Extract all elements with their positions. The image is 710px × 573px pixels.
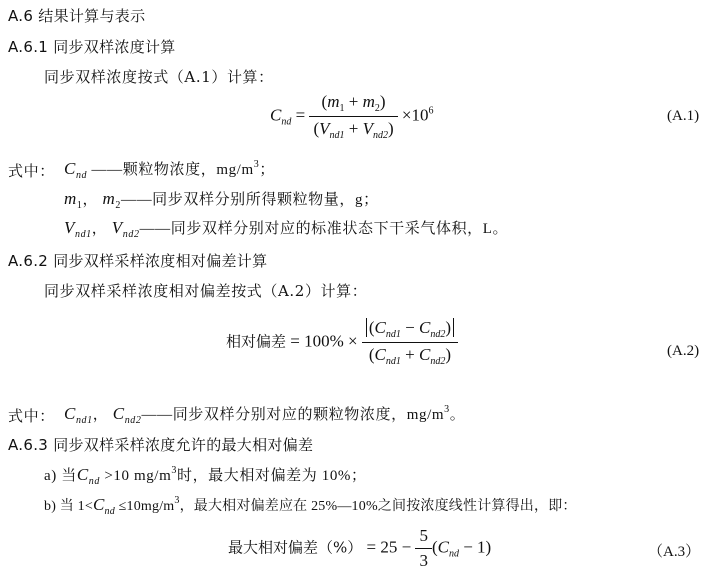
eq3-equals: = 25 − — [367, 537, 412, 556]
eq3-fraction: 5 3 — [415, 526, 432, 571]
eq1-lhs-sub: nd — [281, 116, 291, 127]
equation-a3: 最大相对偏差（%） = 25 − 5 3 (Cnd − 1) — [228, 526, 491, 571]
eq1-exponent: 6 — [429, 105, 434, 116]
equation-a2: 相对偏差 = 100% × (Cnd1 − Cnd2) (Cnd1 + Cnd2… — [226, 318, 458, 367]
a63-item-b: b) 当 1<Cnd ≤10mg/m3，最大相对偏差应在 25%—10%之间按浓… — [44, 495, 577, 517]
eq1-equals: = — [296, 105, 306, 124]
eq1-denominator: (Vnd1 + Vnd2) — [309, 116, 397, 141]
section-heading-a61: A.6.1 同步双样浓度计算 — [8, 36, 176, 57]
eq1-times: ×10 — [402, 105, 429, 124]
section-heading-a62: A.6.2 同步双样采样浓度相对偏差计算 — [8, 250, 267, 271]
eq1-numerator: (m1 + m2) — [309, 92, 397, 116]
a61-where-label: 式中： — [8, 160, 55, 181]
a62-definition-c: Cnd1， Cnd2——同步双样分别对应的颗粒物浓度，mg/m3。 — [64, 403, 465, 426]
eq1-lhs-symbol: C — [270, 105, 281, 124]
section-heading-a6: A.6 结果计算与表示 — [8, 5, 145, 26]
equation-number-a3: （A.3） — [648, 540, 700, 561]
equation-number-a1: (A.1) — [667, 108, 699, 125]
a61-definition-m: m1， m2——同步双样分别所得颗粒物量，g； — [64, 188, 379, 211]
a61-definition-v: Vnd1， Vnd2——同步双样分别对应的标准状态下干采气体积，L。 — [64, 217, 508, 240]
a61-intro-text: 同步双样浓度按式（A.1）计算： — [44, 66, 274, 87]
section-heading-a63: A.6.3 同步双样采样浓度允许的最大相对偏差 — [8, 434, 313, 455]
eq3-lhs: 最大相对偏差（%） — [228, 538, 362, 556]
a63-item-a: a) 当Cnd >10 mg/m3时，最大相对偏差为 10%； — [44, 464, 367, 487]
equation-number-a2: (A.2) — [667, 343, 699, 360]
eq2-fraction: (Cnd1 − Cnd2) (Cnd1 + Cnd2) — [362, 318, 458, 367]
eq2-numerator: (Cnd1 − Cnd2) — [362, 318, 458, 342]
eq2-equals: = 100% × — [290, 331, 357, 350]
equation-a1: Cnd = (m1 + m2) (Vnd1 + Vnd2) ×106 — [270, 92, 434, 141]
eq2-lhs: 相对偏差 — [226, 332, 286, 350]
eq1-fraction: (m1 + m2) (Vnd1 + Vnd2) — [309, 92, 397, 141]
a61-definition-cnd: Cnd ——颗粒物浓度，mg/m3； — [64, 158, 275, 181]
eq2-denominator: (Cnd1 + Cnd2) — [362, 342, 458, 367]
a62-intro-text: 同步双样采样浓度相对偏差按式（A.2）计算： — [44, 280, 367, 301]
a62-where-label: 式中： — [8, 405, 55, 426]
